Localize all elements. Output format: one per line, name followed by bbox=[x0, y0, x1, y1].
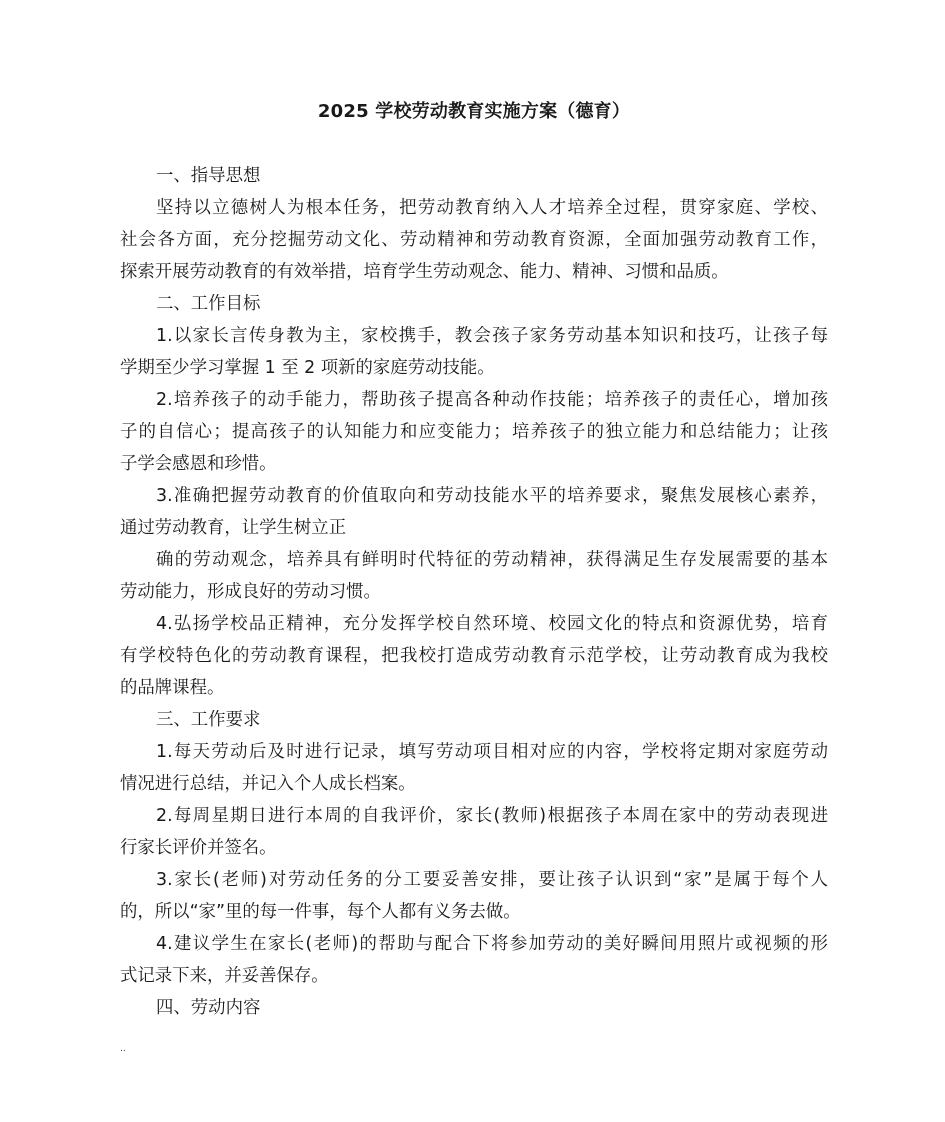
paragraph-line: 1.每天劳动后及时进行记录，填写劳动项目相对应的内容，学校将定期对家庭劳动 bbox=[120, 736, 828, 768]
paragraph-line: 探索开展劳动教育的有效举措，培育学生劳动观念、能力、精神、习惯和品质。 bbox=[120, 256, 828, 288]
paragraph-line: 3.家长(老师)对劳动任务的分工要妥善安排，要让孩子认识到“家”是属于每个人 bbox=[120, 864, 828, 896]
page-footer-mark: .. bbox=[120, 1044, 126, 1054]
paragraph-line: 有学校特色化的劳动教育课程，把我校打造成劳动教育示范学校，让劳动教育成为我校 bbox=[120, 640, 828, 672]
paragraph-line: 劳动能力，形成良好的劳动习惯。 bbox=[120, 576, 828, 608]
document-title: 2025 学校劳动教育实施方案（德育） bbox=[120, 99, 828, 125]
paragraph-line: 社会各方面，充分挖掘劳动文化、劳动精神和劳动教育资源，全面加强劳动教育工作， bbox=[120, 224, 828, 256]
paragraph-line: 的品牌课程。 bbox=[120, 672, 828, 704]
paragraph-line: 行家长评价并签名。 bbox=[120, 832, 828, 864]
section-heading-work-goals: 二、工作目标 bbox=[120, 288, 828, 320]
paragraph-line: 2.培养孩子的动手能力，帮助孩子提高各种动作技能；培养孩子的责任心，增加孩 bbox=[120, 384, 828, 416]
paragraph-line: 情况进行总结，并记入个人成长档案。 bbox=[120, 768, 828, 800]
paragraph-line: 的，所以“家”里的每一件事，每个人都有义务去做。 bbox=[120, 896, 828, 928]
paragraph-line: 子学会感恩和珍惜。 bbox=[120, 448, 828, 480]
section-heading-work-requirements: 三、工作要求 bbox=[120, 704, 828, 736]
paragraph-line: 坚持以立德树人为根本任务，把劳动教育纳入人才培养全过程，贯穿家庭、学校、 bbox=[120, 192, 828, 224]
paragraph-line: 确的劳动观念，培养具有鲜明时代特征的劳动精神，获得满足生存发展需要的基本 bbox=[120, 544, 828, 576]
paragraph-line: 通过劳动教育，让学生树立正 bbox=[120, 512, 828, 544]
section-heading-guiding-ideology: 一、指导思想 bbox=[120, 160, 828, 192]
section-heading-labor-content: 四、劳动内容 bbox=[120, 992, 828, 1024]
document-body: 一、指导思想 坚持以立德树人为根本任务，把劳动教育纳入人才培养全过程，贯穿家庭、… bbox=[120, 160, 828, 1024]
paragraph-line: 2.每周星期日进行本周的自我评价，家长(教师)根据孩子本周在家中的劳动表现进 bbox=[120, 800, 828, 832]
paragraph-line: 1.以家长言传身教为主，家校携手，教会孩子家务劳动基本知识和技巧，让孩子每 bbox=[120, 320, 828, 352]
paragraph-line: 式记录下来，并妥善保存。 bbox=[120, 960, 828, 992]
paragraph-line: 4.建议学生在家长(老师)的帮助与配合下将参加劳动的美好瞬间用照片或视频的形 bbox=[120, 928, 828, 960]
paragraph-line: 3.准确把握劳动教育的价值取向和劳动技能水平的培养要求，聚焦发展核心素养， bbox=[120, 480, 828, 512]
paragraph-line: 学期至少学习掌握 1 至 2 项新的家庭劳动技能。 bbox=[120, 352, 828, 384]
paragraph-line: 4.弘扬学校品正精神，充分发挥学校自然环境、校园文化的特点和资源优势，培育 bbox=[120, 608, 828, 640]
paragraph-line: 子的自信心；提高孩子的认知能力和应变能力；培养孩子的独立能力和总结能力；让孩 bbox=[120, 416, 828, 448]
